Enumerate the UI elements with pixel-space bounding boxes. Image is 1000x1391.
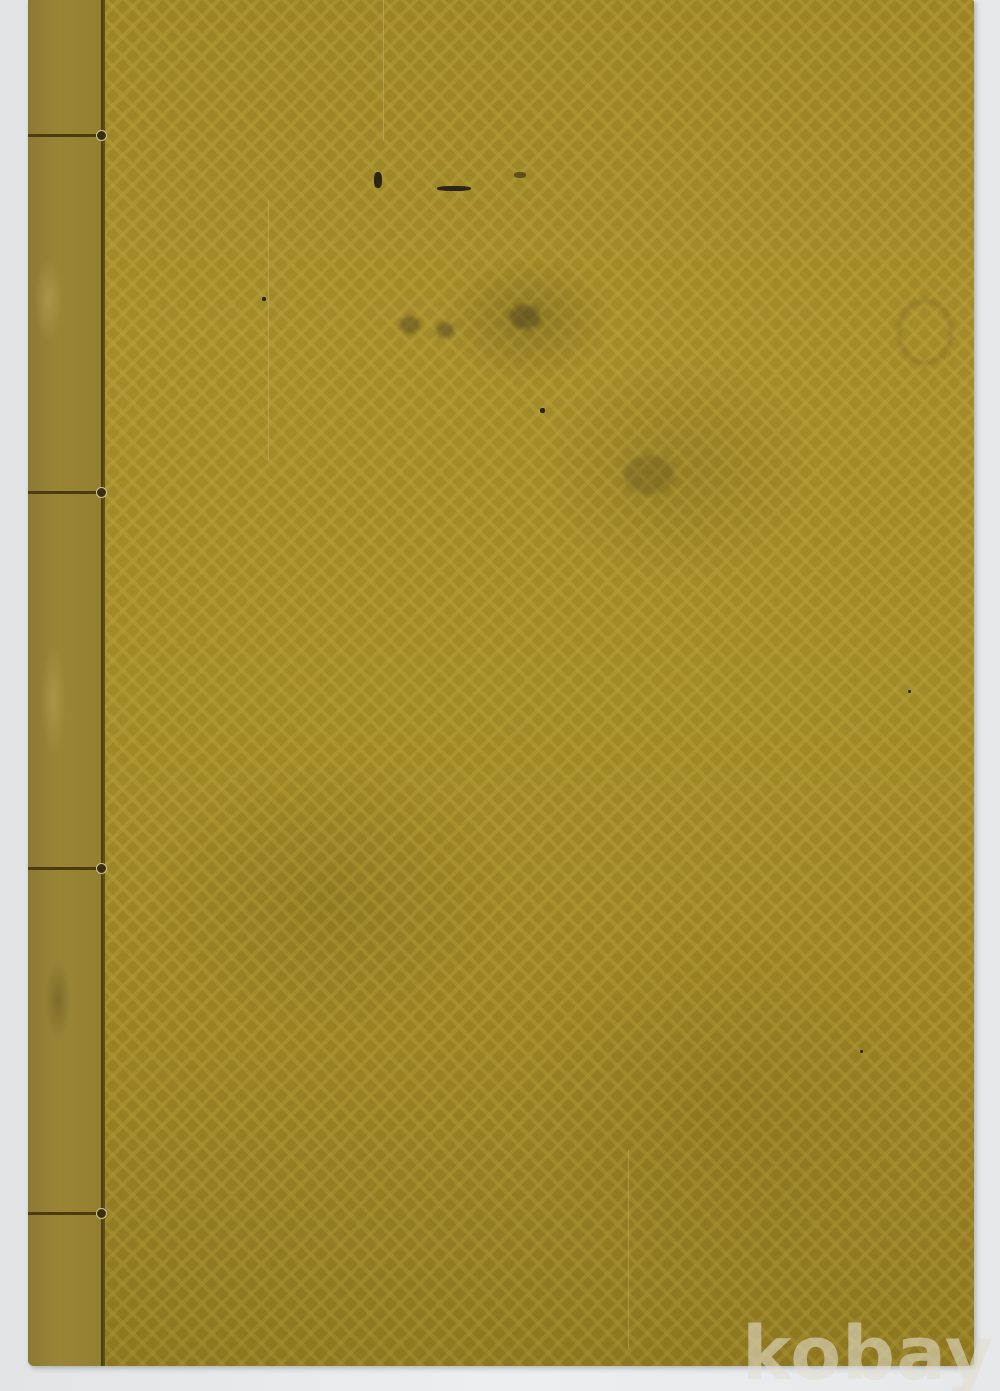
stain-spot [400, 316, 420, 334]
book-cover [28, 0, 974, 1366]
crease-line [268, 200, 269, 460]
ink-mark [374, 172, 382, 188]
binding-thread [101, 0, 103, 1366]
stitch-hole [96, 863, 107, 874]
ink-mark [514, 172, 526, 178]
binding-stitch [28, 134, 104, 137]
kobay-watermark: kobay [742, 1317, 994, 1391]
stain-spot [624, 455, 674, 495]
binding-stitch [28, 867, 104, 870]
ink-mark [860, 1050, 863, 1053]
binding-stitch [28, 491, 104, 494]
ink-mark [908, 690, 911, 693]
water-ring-stain [898, 300, 952, 364]
stitch-hole [96, 1208, 107, 1219]
stitch-hole [96, 130, 107, 141]
photo-scene: kobay [0, 0, 1000, 1391]
ink-mark [437, 186, 471, 191]
crease-line [628, 1150, 629, 1350]
cover-texture-pattern [103, 0, 974, 1366]
stain-spot [510, 305, 540, 329]
stain-spot [436, 322, 454, 338]
binding-stitch [28, 1212, 104, 1215]
stitch-hole [96, 487, 107, 498]
ink-mark [540, 408, 545, 413]
crease-line [383, 0, 384, 140]
book-spine [28, 0, 105, 1366]
ink-mark [262, 297, 266, 301]
